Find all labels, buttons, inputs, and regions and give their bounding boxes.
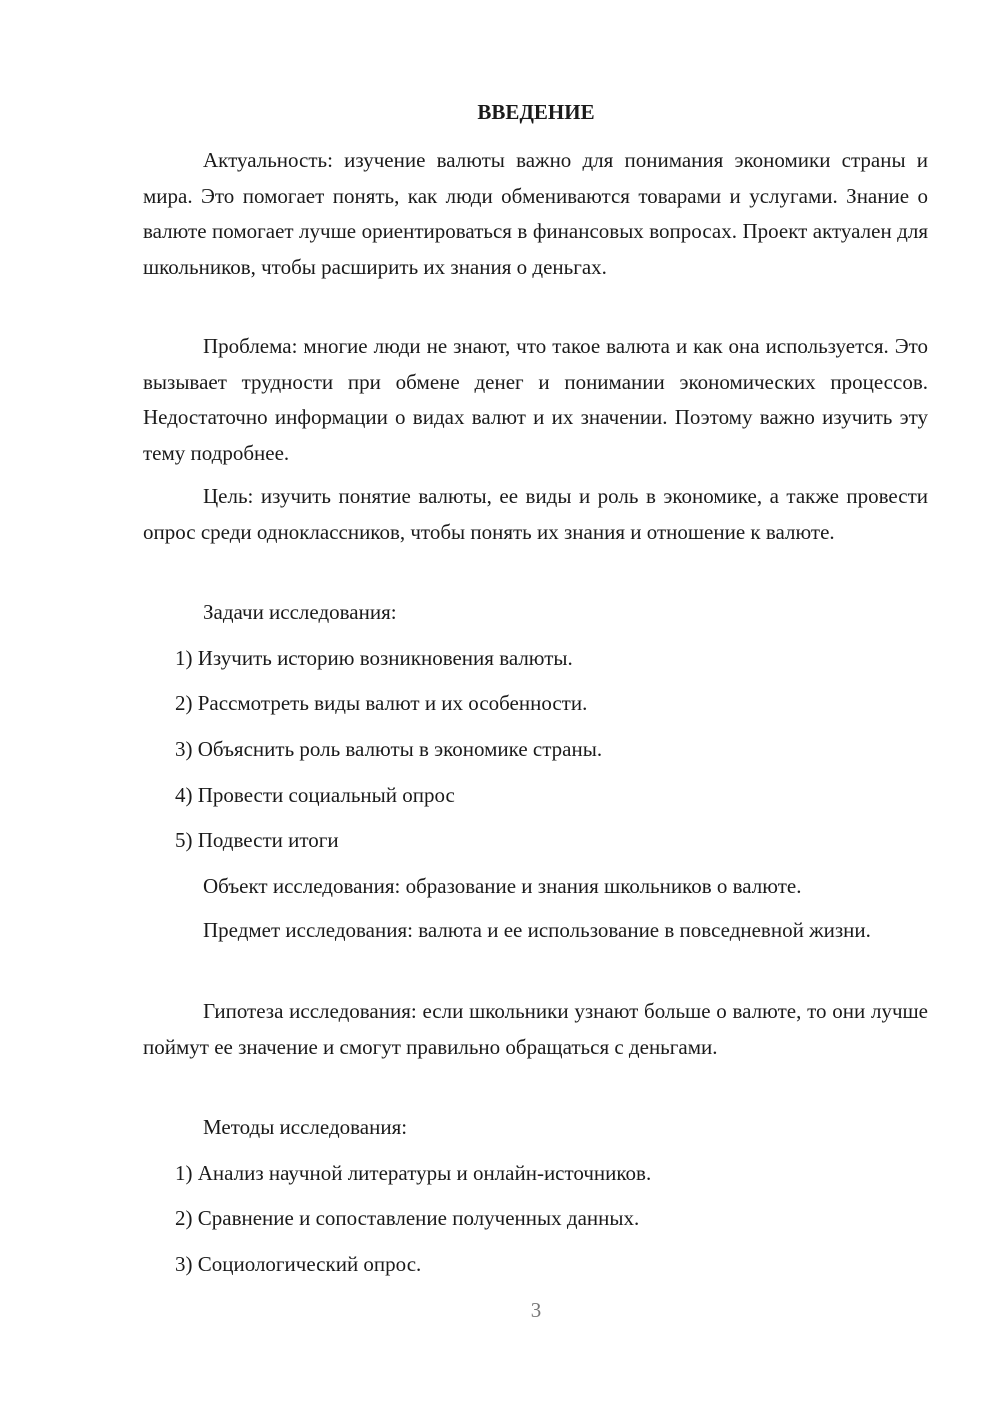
hypothesis-block: Гипотеза исследования: если школьники уз… [143, 994, 928, 1065]
research-object: Объект исследования: образование и знани… [203, 872, 801, 900]
research-hypothesis: Гипотеза исследования: если школьники уз… [143, 994, 928, 1065]
task-item: 2) Рассмотреть виды валют и их особеннос… [175, 689, 587, 717]
task-item: 3) Объяснить роль валюты в экономике стр… [175, 735, 602, 763]
tasks-label: Задачи исследования: [203, 598, 397, 626]
research-subject-block: Предмет исследования: валюта и ее исполь… [143, 913, 928, 949]
method-item: 3) Социологический опрос. [175, 1250, 421, 1278]
research-subject: Предмет исследования: валюта и ее исполь… [143, 913, 928, 949]
relevance-paragraph-block: Актуальность: изучение валюты важно для … [143, 143, 928, 285]
problem-paragraph: Проблема: многие люди не знают, что тако… [143, 329, 928, 471]
task-item: 5) Подвести итоги [175, 826, 339, 854]
problem-paragraph-block: Проблема: многие люди не знают, что тако… [143, 329, 928, 471]
relevance-paragraph: Актуальность: изучение валюты важно для … [143, 143, 928, 285]
page-number: 3 [0, 1296, 1000, 1324]
task-item: 4) Провести социальный опрос [175, 781, 455, 809]
document-page: ВВЕДЕНИЕ Актуальность: изучение валюты в… [0, 0, 1000, 1414]
section-heading: ВВЕДЕНИЕ [0, 98, 1000, 126]
method-item: 2) Сравнение и сопоставление полученных … [175, 1204, 639, 1232]
goal-paragraph: Цель: изучить понятие валюты, ее виды и … [143, 479, 928, 550]
method-item: 1) Анализ научной литературы и онлайн-ис… [175, 1159, 651, 1187]
goal-paragraph-block: Цель: изучить понятие валюты, ее виды и … [143, 479, 928, 550]
methods-label: Методы исследования: [203, 1113, 407, 1141]
task-item: 1) Изучить историю возникновения валюты. [175, 644, 573, 672]
